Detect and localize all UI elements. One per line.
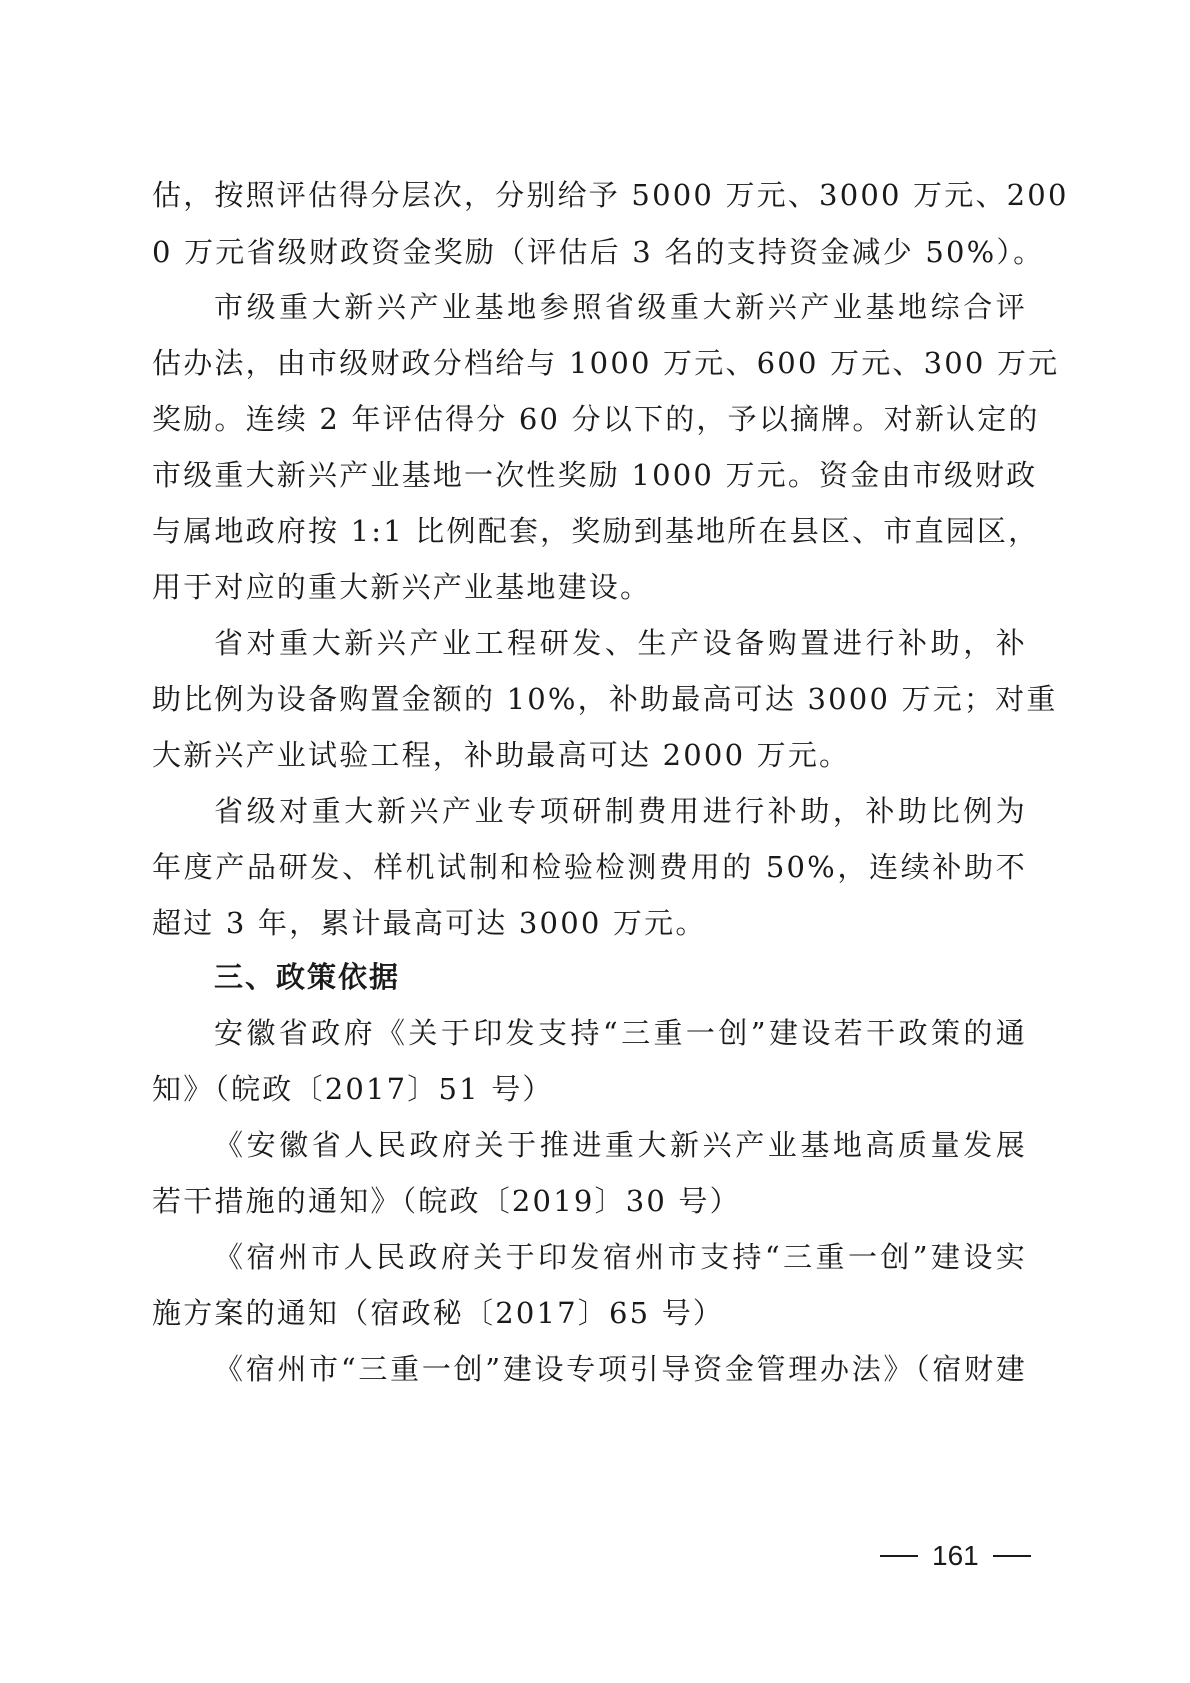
page-number-text: 161 [932, 1536, 979, 1576]
text-line: 与属地政府按 1:1 比例配套，奖励到基地所在县区、市直园区， [152, 511, 1027, 551]
dash-left [880, 1555, 918, 1557]
reference-line: 《安徽省人民政府关于推进重大新兴产业基地高质量发展 [214, 1125, 1027, 1165]
text-line: 市级重大新兴产业基地参照省级重大新兴产业基地综合评 [214, 287, 1027, 327]
page-number: 161 [880, 1536, 1031, 1576]
reference-line: 知》（皖政〔2017〕51 号） [152, 1069, 1027, 1109]
text-line: 估办法，由市级财政分档给与 1000 万元、600 万元、300 万元 [152, 343, 1027, 383]
text-line: 用于对应的重大新兴产业基地建设。 [152, 567, 1027, 607]
text-line: 市级重大新兴产业基地一次性奖励 1000 万元。资金由市级财政 [152, 455, 1027, 495]
dash-right [993, 1555, 1031, 1557]
section-heading: 三、政策依据 [214, 957, 400, 997]
reference-line: 施方案的通知（宿政秘〔2017〕65 号） [152, 1293, 1027, 1333]
reference-line: 若干措施的通知》（皖政〔2019〕30 号） [152, 1181, 1027, 1221]
text-line: 大新兴产业试验工程，补助最高可达 2000 万元。 [152, 735, 1027, 775]
text-line: 年度产品研发、样机试制和检验检测费用的 50%，连续补助不 [152, 847, 1027, 887]
reference-line: 《宿州市人民政府关于印发宿州市支持“三重一创”建设实 [214, 1237, 1027, 1277]
text-line: 奖励。连续 2 年评估得分 60 分以下的，予以摘牌。对新认定的 [152, 399, 1027, 439]
text-line: 省对重大新兴产业工程研发、生产设备购置进行补助，补 [214, 623, 1027, 663]
document-page: 估，按照评估得分层次，分别给予 5000 万元、3000 万元、200 0 万元… [0, 0, 1190, 1683]
reference-line: 《宿州市“三重一创”建设专项引导资金管理办法》（宿财建 [214, 1349, 1027, 1389]
text-line: 估，按照评估得分层次，分别给予 5000 万元、3000 万元、200 [152, 175, 1027, 215]
reference-line: 安徽省政府《关于印发支持“三重一创”建设若干政策的通 [214, 1013, 1027, 1053]
text-line: 0 万元省级财政资金奖励（评估后 3 名的支持资金减少 50%）。 [152, 232, 1027, 272]
text-line: 省级对重大新兴产业专项研制费用进行补助，补助比例为 [214, 791, 1027, 831]
text-line: 助比例为设备购置金额的 10%，补助最高可达 3000 万元；对重 [152, 679, 1027, 719]
text-line: 超过 3 年，累计最高可达 3000 万元。 [152, 903, 1027, 943]
